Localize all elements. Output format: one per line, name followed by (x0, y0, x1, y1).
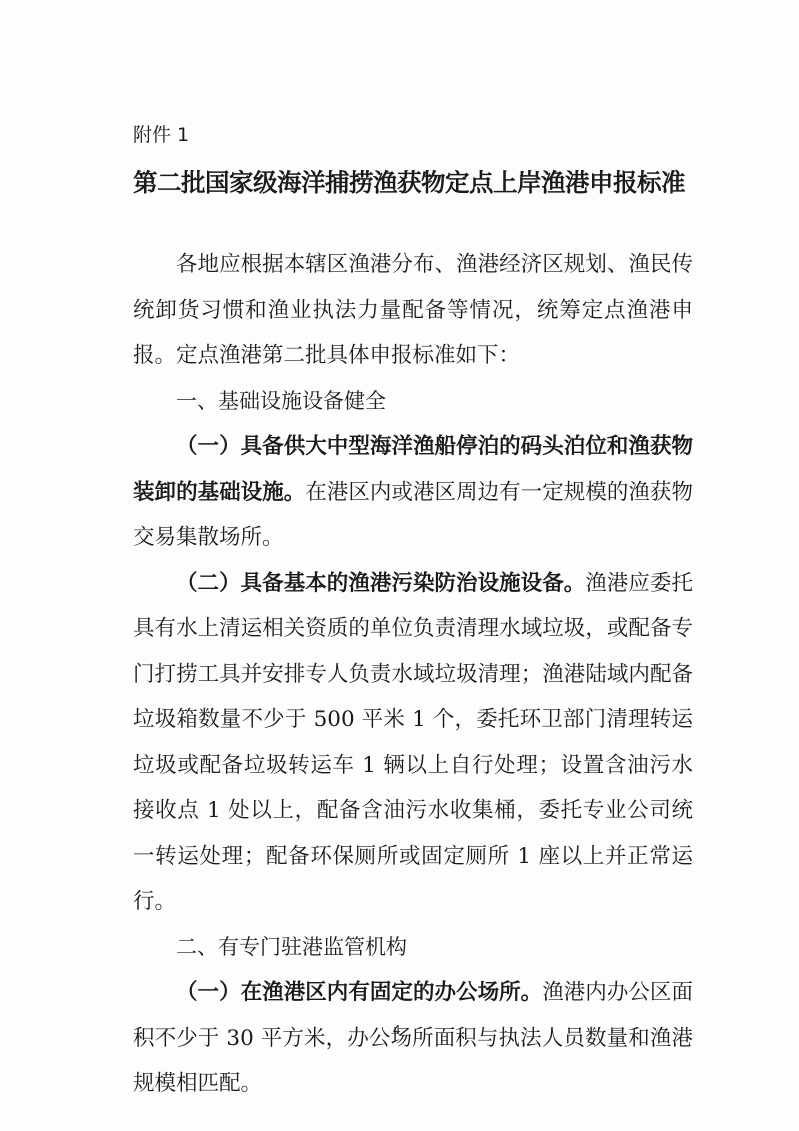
section-1-item-2: （二）具备基本的渔港污染防治设施设备。渔港应委托具有水上清运相关资质的单位负责清… (133, 561, 693, 925)
section-heading-1: 一、基础设施设备健全 (133, 379, 693, 425)
item-bold-lead: （一）在渔港区内有固定的办公场所。 (176, 980, 542, 1005)
attachment-label: 附件 1 (133, 120, 189, 147)
item-bold-lead: （二）具备基本的渔港污染防治设施设备。 (176, 571, 585, 596)
item-text: 渔港应委托具有水上清运相关资质的单位负责清理水域垃圾，或配备专门打捞工具并安排专… (133, 571, 693, 915)
document-body: 各地应根据本辖区渔港分布、渔港经济区规划、渔民传统卸货习惯和渔业执法力量配备等情… (133, 242, 693, 1107)
document-title: 第二批国家级海洋捕捞渔获物定点上岸渔港申报标准 (133, 164, 693, 199)
section-2-item-1: （一）在渔港区内有固定的办公场所。渔港内办公区面积不少于 30 平方米，办公场所… (133, 970, 693, 1107)
page-number: 4 (393, 1022, 400, 1037)
intro-paragraph: 各地应根据本辖区渔港分布、渔港经济区规划、渔民传统卸货习惯和渔业执法力量配备等情… (133, 242, 693, 379)
section-1-item-1: （一）具备供大中型海洋渔船停泊的码头泊位和渔获物装卸的基础设施。在港区内或港区周… (133, 424, 693, 561)
section-heading-2: 二、有专门驻港监管机构 (133, 925, 693, 971)
document-page: 附件 1 第二批国家级海洋捕捞渔获物定点上岸渔港申报标准 各地应根据本辖区渔港分… (0, 0, 799, 1131)
